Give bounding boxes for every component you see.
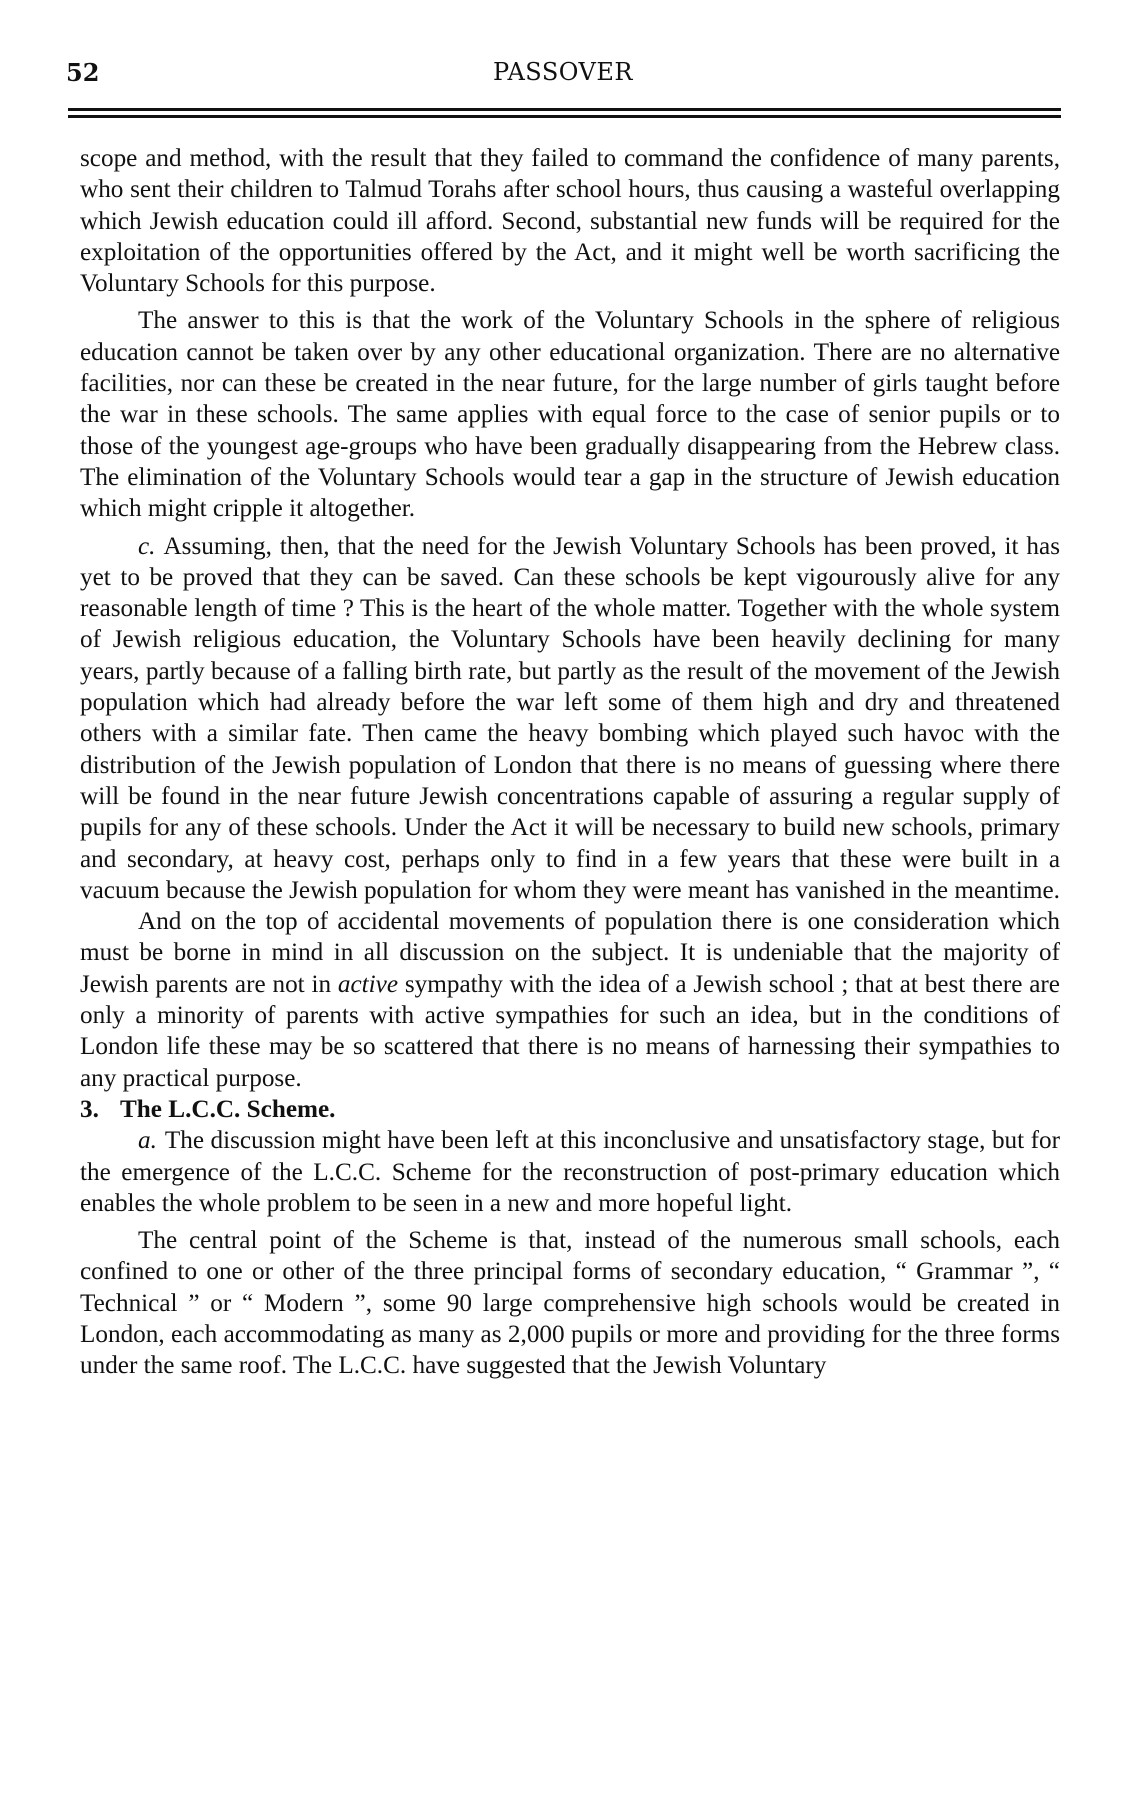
- paragraph-label: c.: [138, 533, 155, 560]
- running-title: PASSOVER: [66, 58, 1060, 86]
- paragraph-parents: And on the top of accidental movements o…: [80, 906, 1060, 1094]
- paragraph-continuation: scope and method, with the result that t…: [80, 143, 1060, 299]
- paragraph-central-point: The central point of the Scheme is that,…: [80, 1225, 1060, 1381]
- section-number: 3.: [80, 1094, 120, 1125]
- paragraph-label: a.: [138, 1127, 157, 1154]
- book-page: 52 PASSOVER scope and method, with the r…: [0, 0, 1139, 1815]
- paragraph-c: c.Assuming, then, that the need for the …: [80, 531, 1060, 907]
- paragraph-text: The discussion might have been left at t…: [80, 1127, 1060, 1217]
- header-rule-bottom: [68, 115, 1061, 118]
- paragraph-answer: The answer to this is that the work of t…: [80, 305, 1060, 524]
- section-heading: 3.The L.C.C. Scheme.: [80, 1094, 1060, 1125]
- paragraph-text: Assuming, then, that the need for the Je…: [80, 533, 1060, 904]
- header-rule-top: [68, 108, 1061, 111]
- running-head: 52 PASSOVER: [66, 58, 1060, 92]
- body-text: scope and method, with the result that t…: [80, 143, 1060, 1382]
- emphasis-text: active: [338, 971, 398, 998]
- paragraph-a: a.The discussion might have been left at…: [80, 1125, 1060, 1219]
- section-title: The L.C.C. Scheme.: [120, 1096, 335, 1123]
